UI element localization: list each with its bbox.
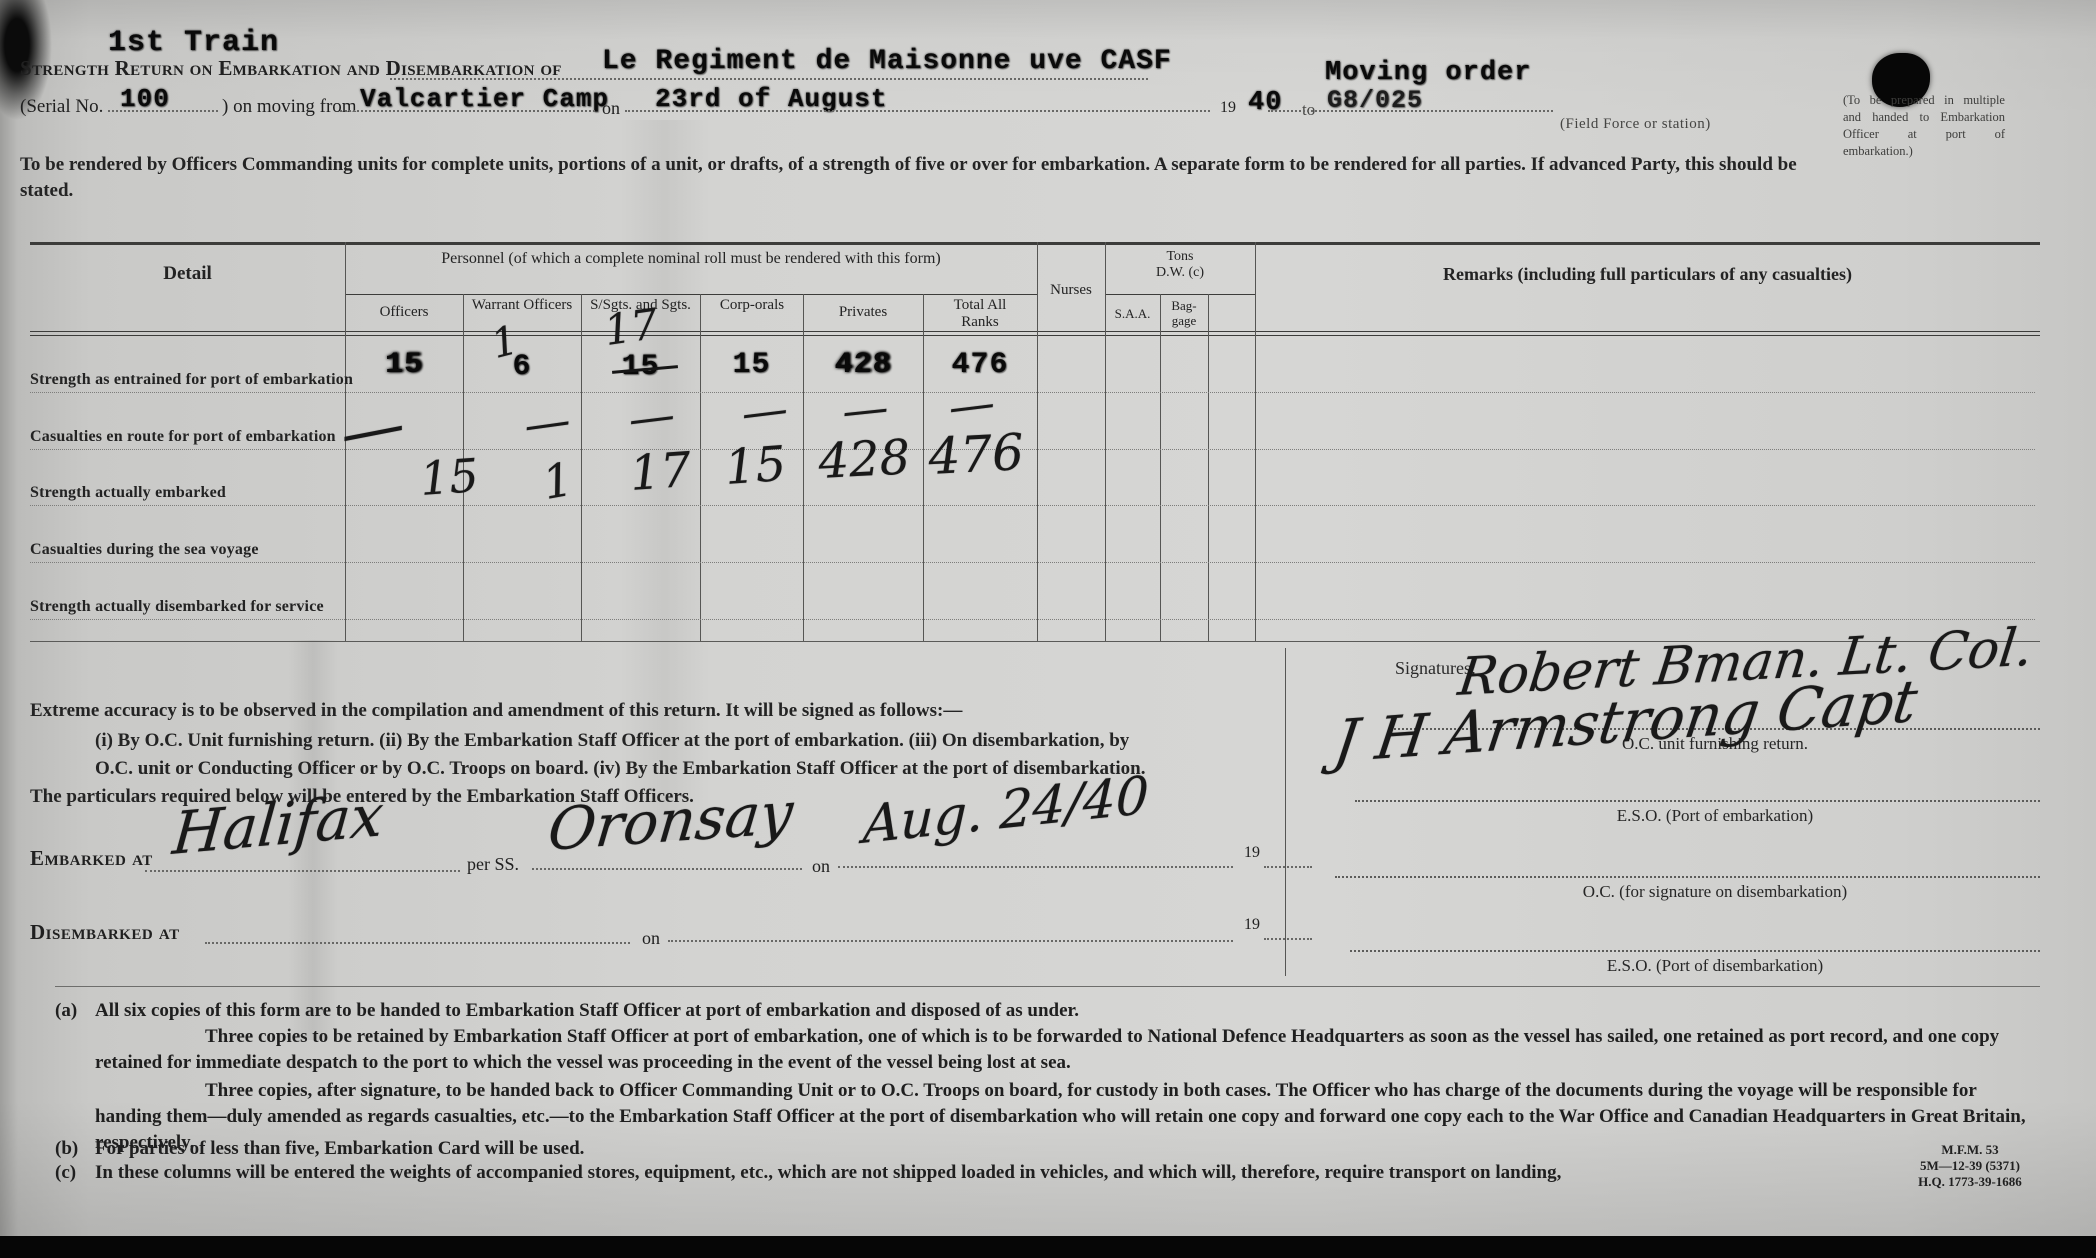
- footnote-c: In these columns will be entered the wei…: [95, 1160, 1845, 1186]
- header-bottom-border-2: [30, 335, 2040, 336]
- unit-name-typed: Le Regiment de Maisonne uve CASF: [602, 46, 1172, 77]
- col-line-total: [1037, 242, 1038, 641]
- moving-from-dotted-line: [340, 110, 595, 112]
- embarked-at-label: Embarked at: [30, 846, 153, 871]
- table-top-border: [30, 242, 2040, 245]
- form-code-2: 5M—12-39 (5371): [1890, 1158, 2050, 1174]
- col-line-sgts: [700, 294, 701, 641]
- row-dots-1: [30, 392, 2035, 393]
- header-bottom-border-1: [30, 331, 2040, 332]
- nurses-header: Nurses: [1037, 282, 1105, 299]
- footnote-a-label: (a): [55, 998, 77, 1024]
- row-dots-5: [30, 619, 2035, 620]
- accuracy-para-2: (i) By O.C. Unit furnishing return. (ii)…: [95, 730, 1280, 752]
- entrained-warrant: 6: [463, 350, 581, 384]
- scan-bottom-edge: [0, 1236, 2096, 1258]
- year-value-typed: 40: [1248, 88, 1282, 118]
- footnotes-divider: [55, 986, 2040, 987]
- ship-dots: [532, 868, 802, 870]
- field-force-note: (Field Force or station): [1560, 116, 1711, 133]
- serial-label: (Serial No.: [20, 96, 103, 118]
- form-code-3: H.Q. 1773-39-1686: [1890, 1174, 2050, 1190]
- col-header-total: Total All Ranks: [942, 297, 1018, 331]
- col-line-saa: [1160, 294, 1161, 641]
- col-line-corporals: [803, 294, 804, 641]
- personnel-group-header: Personnel (of which a complete nominal r…: [355, 249, 1027, 269]
- embarked-on-label: on: [812, 856, 830, 877]
- correction-sgts: 17: [601, 299, 661, 355]
- train-label: 1st Train: [108, 26, 279, 60]
- date-dotted-line: [625, 110, 1210, 112]
- col-line-warrant: [581, 294, 582, 641]
- embarked-total-hand: 476: [927, 423, 1025, 486]
- dash-sgts: —: [625, 387, 677, 446]
- col-header-warrant-officers: Warrant Officers: [470, 297, 574, 314]
- dash-officers: —: [334, 387, 411, 472]
- entrained-corporals: 15: [700, 348, 803, 382]
- embark-date-dots: [838, 866, 1233, 868]
- header-on-label: on: [602, 98, 620, 119]
- tons-header-line1: Tons: [1105, 248, 1255, 265]
- embarked-sgts-hand: 17: [628, 442, 693, 502]
- accuracy-para-1: Extreme accuracy is to be observed in th…: [30, 700, 1275, 722]
- embarked-year-dots: [1264, 866, 1312, 868]
- form-code-1: M.F.M. 53: [1890, 1142, 2050, 1158]
- detail-header: Detail: [30, 265, 345, 282]
- disembarked-year-dots: [1264, 938, 1312, 940]
- embarked-officers-hand: 15: [418, 448, 480, 506]
- row-dots-3: [30, 505, 2035, 506]
- unit-dotted-line: [390, 78, 1148, 80]
- disembarked-at-label: Disembarked at: [30, 920, 180, 945]
- order-dotted-line: [1268, 110, 1553, 112]
- embarked-port-dots: [145, 870, 460, 872]
- serial-dotted-line: [108, 110, 218, 112]
- disembarked-year-prefix: 19: [1244, 916, 1260, 934]
- entrained-privates: 428: [803, 348, 923, 382]
- row-label-sea-voyage: Casualties during the sea voyage: [30, 541, 259, 559]
- embarked-corporals-hand: 15: [723, 436, 788, 496]
- prepare-note: (To be prepared in multiple and handed t…: [1843, 92, 2005, 160]
- col-header-privates: Privates: [803, 304, 923, 321]
- signature-line-3: [1335, 876, 2040, 878]
- disembarked-date-dots: [668, 940, 1233, 942]
- per-ss-label: per SS.: [467, 854, 519, 875]
- signature-role-3: O.C. (for signature on disembarkation): [1390, 882, 2040, 902]
- baggage-header: Bag-gage: [1162, 298, 1206, 328]
- tons-header-underline: [1105, 294, 1255, 295]
- entrained-officers: 15: [345, 348, 463, 382]
- signatures-divider: [1285, 648, 1286, 976]
- col-header-officers: Officers: [345, 304, 463, 321]
- entrained-sgts: 15: [581, 350, 700, 384]
- footnote-a2: Three copies to be retained by Embarkati…: [95, 1024, 2040, 1076]
- col-line-privates: [923, 294, 924, 641]
- disembarked-on-label: on: [642, 928, 660, 949]
- footnote-c-label: (c): [55, 1160, 76, 1186]
- col-line-baggage: [1208, 294, 1209, 641]
- year-prefix: 19: [1220, 99, 1236, 117]
- row-label-entrained: Strength as entrained for port of embark…: [30, 371, 353, 389]
- row-label-disembarked: Strength actually disembarked for servic…: [30, 598, 324, 616]
- embarked-year-prefix: 19: [1244, 844, 1260, 862]
- col-line-tons-right: [1255, 242, 1256, 641]
- moving-from-label: ) on moving from: [222, 96, 357, 118]
- row-label-en-route: Casualties en route for port of embarkat…: [30, 428, 336, 446]
- dash-warrant: —: [520, 392, 573, 452]
- saa-header: S.A.A.: [1105, 305, 1160, 322]
- col-header-corporals: Corp-orals: [718, 297, 786, 314]
- disembarked-port-dots: [205, 942, 630, 944]
- footnote-b: For parties of less than five, Embarkati…: [95, 1136, 1845, 1162]
- embarked-privates-hand: 428: [817, 429, 911, 490]
- row-dots-4: [30, 562, 2035, 563]
- row-dots-2: [30, 449, 2035, 450]
- signature-role-2: E.S.O. (Port of embarkation): [1390, 806, 2040, 826]
- dash-corporals: —: [738, 381, 790, 440]
- render-instructions: To be rendered by Officers Commanding un…: [20, 152, 1800, 204]
- signature-line-4: [1350, 950, 2040, 952]
- footnote-b-label: (b): [55, 1136, 78, 1162]
- tons-header-line2: D.W. (c): [1105, 264, 1255, 281]
- moving-order-label-typed: Moving order: [1325, 58, 1531, 88]
- signature-role-4: E.S.O. (Port of disembarkation): [1390, 956, 2040, 976]
- row-label-embarked: Strength actually embarked: [30, 484, 226, 502]
- embarked-warrant-hand: 1: [539, 452, 577, 510]
- footnote-a1: All six copies of this form are to be ha…: [95, 998, 2040, 1024]
- col-line-nurses: [1105, 242, 1106, 641]
- dash-privates: —: [839, 379, 890, 438]
- signature-line-2: [1355, 800, 2040, 802]
- personnel-header-underline: [345, 294, 1037, 295]
- remarks-header: Remarks (including full particulars of a…: [1255, 266, 2040, 283]
